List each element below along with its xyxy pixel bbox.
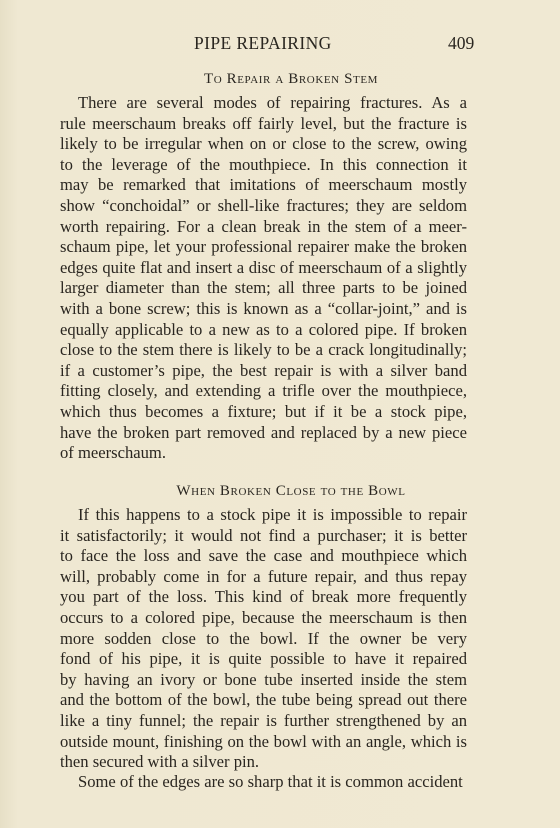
section-heading-broken-stem: To Repair a Broken Stem <box>0 71 560 88</box>
text-line: to face the loss and save the case and m… <box>60 546 467 567</box>
text-line: likely to be irregular when on or close … <box>60 134 467 155</box>
text-line: larger diameter than the stem; all three… <box>60 278 467 299</box>
running-header: PIPE REPAIRING 409 <box>0 33 560 57</box>
paragraph-broken-stem: There are several modes of repairing fra… <box>60 93 467 464</box>
text-line: which thus becomes a fixture; but if it … <box>60 402 467 423</box>
text-line: with a bone screw; this is known as a “c… <box>60 299 467 320</box>
text-line: of meerschaum. <box>60 443 467 464</box>
text-line: may be remarked that imitations of meers… <box>60 175 467 196</box>
section-heading-close-to-bowl: When Broken Close to the Bowl <box>0 483 560 500</box>
text-line: have the broken part removed and replace… <box>60 423 467 444</box>
text-line: show “conchoidal” or shell-like fracture… <box>60 196 467 217</box>
text-line: outside mount, finishing on the bowl wit… <box>60 732 467 753</box>
text-line: edges quite flat and insert a disc of me… <box>60 258 467 279</box>
text-line: equally applicable to a new as to a colo… <box>60 320 467 341</box>
text-line: There are several modes of repairing fra… <box>60 93 467 114</box>
text-line: to the leverage of the mouthpiece. In th… <box>60 155 467 176</box>
text-line: will, probably come in for a future repa… <box>60 567 467 588</box>
text-line: fond of his pipe, it is quite possible t… <box>60 649 467 670</box>
text-line: worth repairing. For a clean break in th… <box>60 217 467 238</box>
text-line: rule meerschaum breaks off fairly level,… <box>60 114 467 135</box>
paragraph-close-to-bowl: If this happens to a stock pipe it is im… <box>60 505 467 773</box>
text-line: it satisfactorily; it would not find a p… <box>60 526 467 547</box>
text-line: and the bottom of the bowl, the tube bei… <box>60 690 467 711</box>
text-line: If this happens to a stock pipe it is im… <box>60 505 467 526</box>
text-line: then secured with a silver pin. <box>60 752 467 773</box>
text-line: schaum pipe, let your professional repai… <box>60 237 467 258</box>
text-line: by having an ivory or bone tube inserted… <box>60 670 467 691</box>
page-number: 409 <box>448 33 474 54</box>
text-line: more sodden close to the bowl. If the ow… <box>60 629 467 650</box>
paragraph-sharp-edges: Some of the edges are so sharp that it i… <box>60 772 467 793</box>
text-line: close to the stem there is likely to be … <box>60 340 467 361</box>
text-line: fitting closely, and extending a trifle … <box>60 381 467 402</box>
running-title: PIPE REPAIRING <box>194 33 332 54</box>
text-line: you part of the loss. This kind of break… <box>60 587 467 608</box>
text-line: like a tiny funnel; the repair is furthe… <box>60 711 467 732</box>
text-line: occurs to a colored pipe, because the me… <box>60 608 467 629</box>
book-page: PIPE REPAIRING 409 To Repair a Broken St… <box>0 0 560 828</box>
text-line: if a customer’s pipe, the best repair is… <box>60 361 467 382</box>
text-line: Some of the edges are so sharp that it i… <box>60 772 467 793</box>
